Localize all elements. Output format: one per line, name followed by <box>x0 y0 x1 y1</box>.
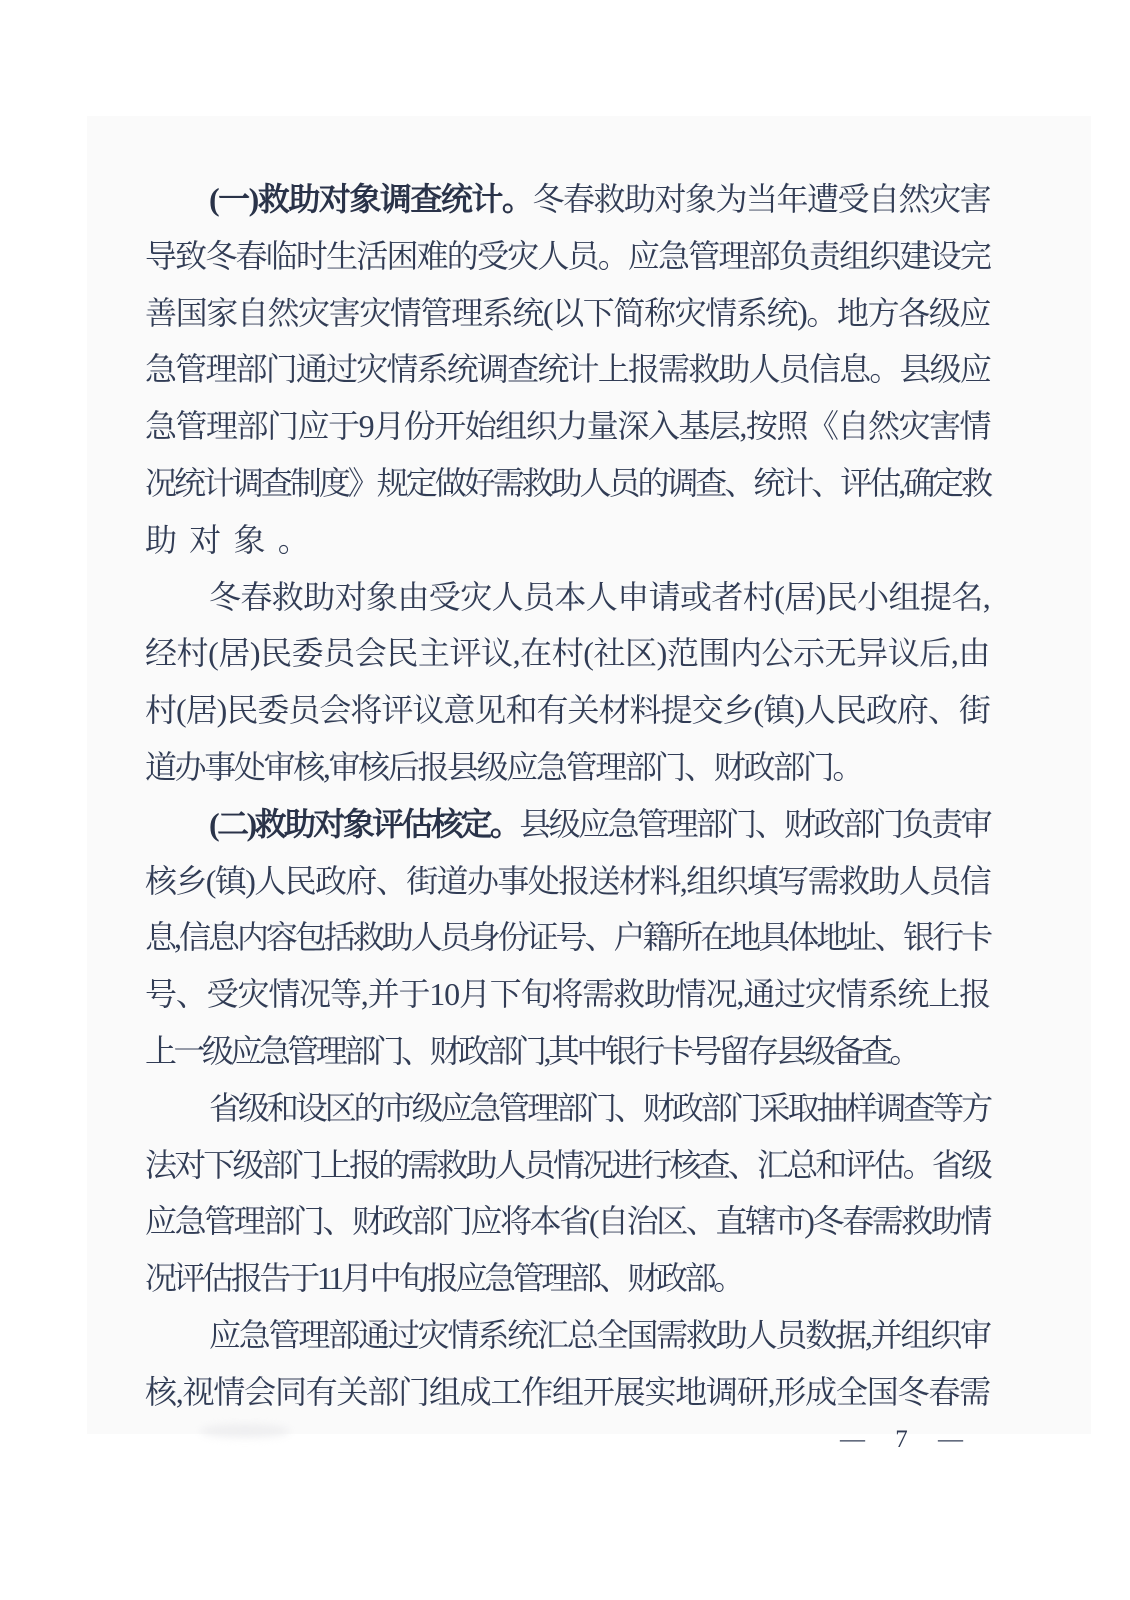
page-number: — 7 — <box>836 1423 976 1457</box>
text-run: 经村(居)民委员会民主评议,在村(社区)范围内公示无异议后,由 <box>145 635 990 671</box>
text-run: 冬春救助对象由受灾人员本人申请或者村(居)民小组提名, <box>209 579 990 615</box>
text-line: 应急管理部通过灾情系统汇总全国需救助人员数据,并组织审 <box>145 1307 990 1364</box>
text-run: 村(居)民委员会将评议意见和有关材料提交乡(镇)人民政府、街 <box>145 692 990 728</box>
text-run: 急管理部门应于9月份开始组织力量深入基层,按照《自然灾害情 <box>145 408 990 444</box>
text-line: 道办事处审核,审核后报县级应急管理部门、财政部门。 <box>145 739 990 796</box>
text-line: 况评估报告于11月中旬报应急管理部、财政部。 <box>145 1250 990 1307</box>
text-line: 导致冬春临时生活困难的受灾人员。应急管理部负责组织建设完 <box>145 228 990 285</box>
text-run: 息,信息内容包括救助人员身份证号、户籍所在地具体地址、银行卡 <box>145 919 990 955</box>
text-run: 应急管理部通过灾情系统汇总全国需救助人员数据,并组织审 <box>209 1317 990 1353</box>
text-run: 号、受灾情况等,并于10月下旬将需救助情况,通过灾情系统上报 <box>145 976 990 1012</box>
text-line: 善国家自然灾害灾情管理系统(以下简称灾情系统)。地方各级应 <box>145 285 990 342</box>
text-line: 核,视情会同有关部门组成工作组开展实地调研,形成全国冬春需 <box>145 1364 990 1421</box>
text-line: 省级和设区的市级应急管理部门、财政部门采取抽样调查等方 <box>145 1080 990 1137</box>
text-run: 急管理部门通过灾情系统调查统计上报需救助人员信息。县级应 <box>145 351 990 387</box>
bold-heading-run: (一)救助对象调查统计。 <box>209 181 532 217</box>
text-line: 经村(居)民委员会民主评议,在村(社区)范围内公示无异议后,由 <box>145 625 990 682</box>
text-run: 导致冬春临时生活困难的受灾人员。应急管理部负责组织建设完 <box>145 238 990 274</box>
text-line: 核乡(镇)人民政府、街道办事处报送材料,组织填写需救助人员信 <box>145 853 990 910</box>
document-page: (一)救助对象调查统计。冬春救助对象为当年遭受自然灾害导致冬春临时生活困难的受灾… <box>0 0 1130 1600</box>
text-line: 息,信息内容包括救助人员身份证号、户籍所在地具体地址、银行卡 <box>145 909 990 966</box>
text-line: 冬春救助对象由受灾人员本人申请或者村(居)民小组提名, <box>145 569 990 626</box>
text-run: 况评估报告于11月中旬报应急管理部、财政部。 <box>145 1260 742 1296</box>
text-run: 核乡(镇)人民政府、街道办事处报送材料,组织填写需救助人员信 <box>145 863 990 899</box>
text-line: 法对下级部门上报的需救助人员情况进行核查、汇总和评估。省级 <box>145 1137 990 1194</box>
text-line: 急管理部门应于9月份开始组织力量深入基层,按照《自然灾害情 <box>145 398 990 455</box>
text-line: 上一级应急管理部门、财政部门,其中银行卡号留存县级备查。 <box>145 1023 990 1080</box>
scan-smudge-artifact <box>200 1424 290 1438</box>
text-line: 应急管理部门、财政部门应将本省(自治区、直辖市)冬春需救助情 <box>145 1193 990 1250</box>
text-line: 号、受灾情况等,并于10月下旬将需救助情况,通过灾情系统上报 <box>145 966 990 1023</box>
text-line: 村(居)民委员会将评议意见和有关材料提交乡(镇)人民政府、街 <box>145 682 990 739</box>
text-run: (一)救助对象调查统计。冬春救助对象为当年遭受自然灾害 <box>209 181 990 217</box>
text-run: 应急管理部门、财政部门应将本省(自治区、直辖市)冬春需救助情 <box>145 1203 990 1239</box>
text-run: 法对下级部门上报的需救助人员情况进行核查、汇总和评估。省级 <box>145 1147 990 1183</box>
text-run: 善国家自然灾害灾情管理系统(以下简称灾情系统)。地方各级应 <box>145 295 990 331</box>
text-run: 助对象。 <box>145 522 322 558</box>
text-run: 省级和设区的市级应急管理部门、财政部门采取抽样调查等方 <box>209 1090 990 1126</box>
bold-heading-run: (二)救助对象评估核定。 <box>209 806 519 842</box>
text-run: 况统计调查制度》规定做好需救助人员的调查、统计、评估,确定救 <box>145 465 990 501</box>
text-line: 况统计调查制度》规定做好需救助人员的调查、统计、评估,确定救 <box>145 455 990 512</box>
text-block: (一)救助对象调查统计。冬春救助对象为当年遭受自然灾害导致冬春临时生活困难的受灾… <box>145 171 990 1421</box>
text-line: (一)救助对象调查统计。冬春救助对象为当年遭受自然灾害 <box>145 171 990 228</box>
text-line: 助对象。 <box>145 512 990 569</box>
text-run: 上一级应急管理部门、财政部门,其中银行卡号留存县级备查。 <box>145 1033 918 1069</box>
text-line: (二)救助对象评估核定。县级应急管理部门、财政部门负责审 <box>145 796 990 853</box>
text-run: 道办事处审核,审核后报县级应急管理部门、财政部门。 <box>145 749 862 785</box>
text-run: (二)救助对象评估核定。县级应急管理部门、财政部门负责审 <box>209 806 990 842</box>
text-line: 急管理部门通过灾情系统调查统计上报需救助人员信息。县级应 <box>145 341 990 398</box>
text-run: 核,视情会同有关部门组成工作组开展实地调研,形成全国冬春需 <box>145 1374 990 1410</box>
